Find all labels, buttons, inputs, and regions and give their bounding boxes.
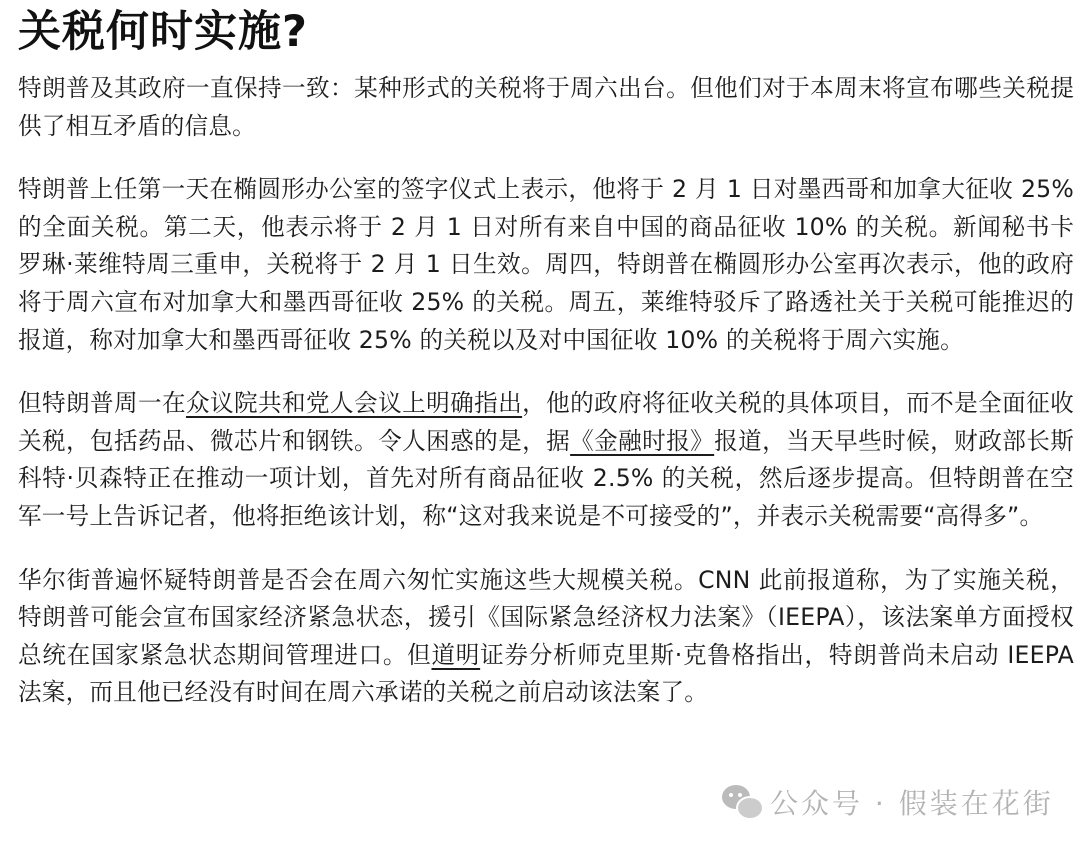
- paragraph-2: 特朗普上任第一天在椭圆形办公室的签字仪式上表示，他将于 2 月 1 日对墨西哥和…: [18, 171, 1074, 359]
- watermark-text: 公众号 · 假装在花街: [770, 782, 1054, 822]
- paragraph-text: 特朗普及其政府一直保持一致：某种形式的关税将于周六出台。但他们对于本周末将宣布哪…: [18, 74, 1074, 140]
- paragraph-1: 特朗普及其政府一直保持一致：某种形式的关税将于周六出台。但他们对于本周末将宣布哪…: [18, 70, 1074, 145]
- financial-times-link[interactable]: 《金融时报》: [570, 427, 714, 455]
- paragraph-4: 华尔街普遍怀疑特朗普是否会在周六匆忙实施这些大规模关税。CNN 此前报道称，为了…: [18, 562, 1074, 712]
- wechat-icon: [722, 785, 762, 819]
- paragraph-text: 特朗普上任第一天在椭圆形办公室的签字仪式上表示，他将于 2 月 1 日对墨西哥和…: [18, 175, 1074, 353]
- article-title: 关税何时实施?: [18, 2, 1074, 62]
- td-securities-link[interactable]: 道明: [431, 641, 480, 669]
- watermark: 公众号 · 假装在花街: [722, 782, 1054, 822]
- house-republicans-meeting-link[interactable]: 众议院共和党人会议上明确指出: [186, 389, 522, 417]
- article: 关税何时实施? 特朗普及其政府一直保持一致：某种形式的关税将于周六出台。但他们对…: [18, 0, 1074, 738]
- paragraph-3: 但特朗普周一在众议院共和党人会议上明确指出，他的政府将征收关税的具体项目，而不是…: [18, 385, 1074, 535]
- paragraph-text: 但特朗普周一在: [18, 389, 186, 417]
